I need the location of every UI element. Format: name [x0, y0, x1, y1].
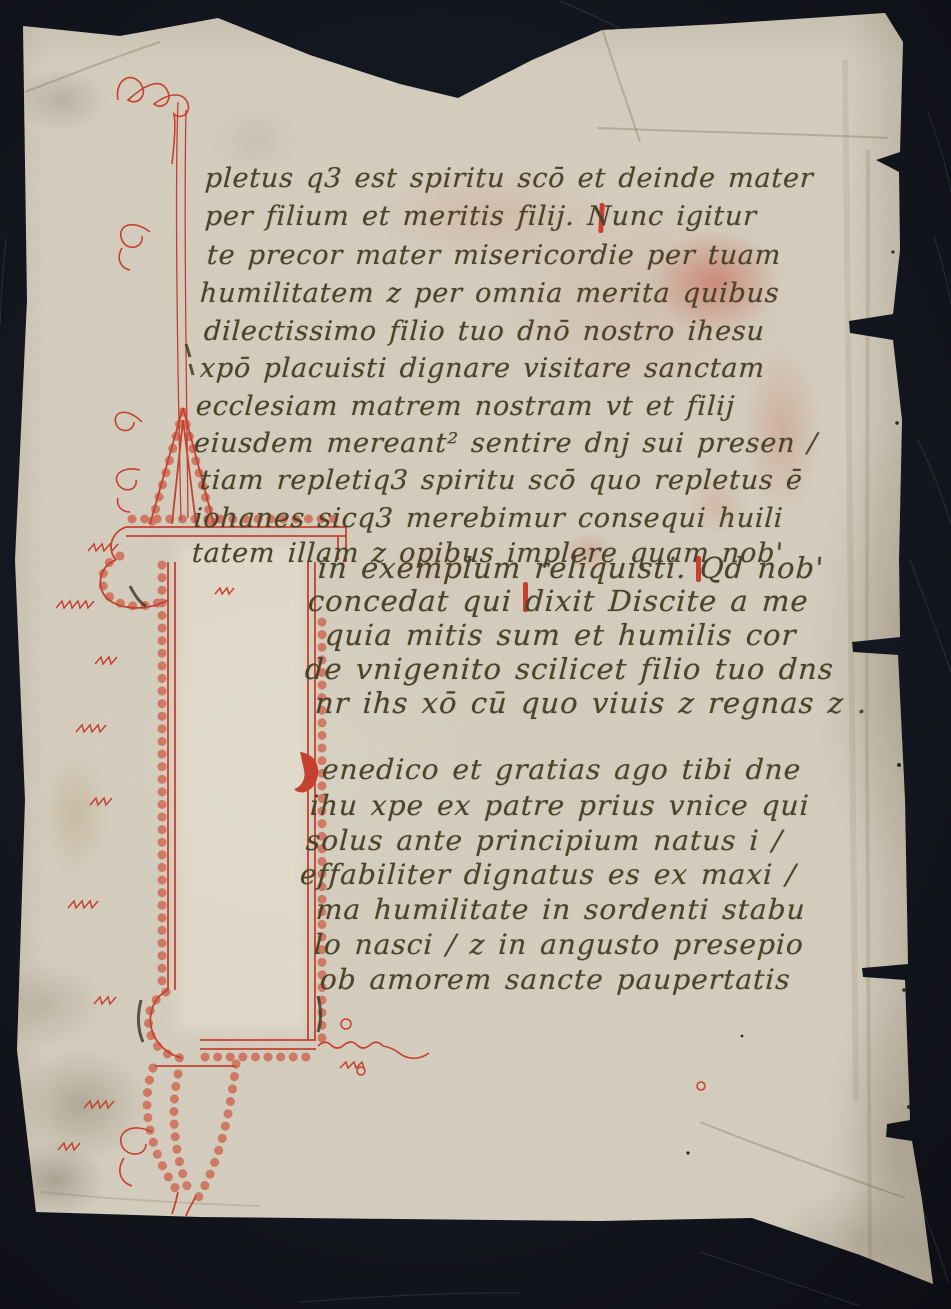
text-line: in exemplum reliquisti. Qd nob': [317, 551, 825, 585]
text-block: pletus q3 est spiritu scō et deinde mate…: [0, 0, 951, 1309]
text-line: iohanes sicq3 merebimur consequi huili: [193, 503, 784, 534]
text-line: dilectissimo filio tuo dnō nostro ihesu: [203, 316, 765, 347]
text-line: quia mitis sum et humilis cor: [324, 618, 797, 652]
text-line: per filium et meritis filij. Nunc igitur: [204, 201, 758, 232]
text-line: ob amorem sancte paupertatis: [319, 963, 791, 996]
text-line: solus ante principium natus i /: [305, 824, 784, 857]
text-line: pletus q3 est spiritu scō et deinde mate…: [204, 163, 814, 194]
text-line: concedat qui dixit Discite a me: [307, 584, 810, 618]
text-line: ma humilitate in sordenti stabu: [315, 893, 806, 926]
text-line: effabiliter dignatus es ex maxi /: [299, 858, 797, 891]
text-line: humilitatem z per omnia merita quibus: [199, 278, 780, 309]
text-line: enedico et gratias ago tibi dne: [321, 753, 802, 786]
manuscript-leaf-photo: pletus q3 est spiritu scō et deinde mate…: [0, 0, 951, 1309]
text-line: xpō placuisti dignare visitare sanctam: [199, 353, 765, 384]
text-line: ecclesiam matrem nostram vt et filij: [195, 391, 736, 422]
text-line: te precor mater misericordie per tuam: [206, 240, 782, 271]
text-line: ihu xpe ex patre prius vnice qui: [309, 789, 810, 822]
text-line: eiusdem mereant² sentire dnj sui presen …: [193, 428, 818, 459]
text-line: nr ihs xō cū quo viuis z regnas z .: [314, 686, 868, 720]
text-line: lo nasci / z in angusto presepio: [313, 928, 805, 961]
text-line: de vnigenito scilicet filio tuo dns: [304, 652, 835, 686]
text-line: tiam repletiq3 spiritu scō quo repletus …: [199, 465, 803, 496]
